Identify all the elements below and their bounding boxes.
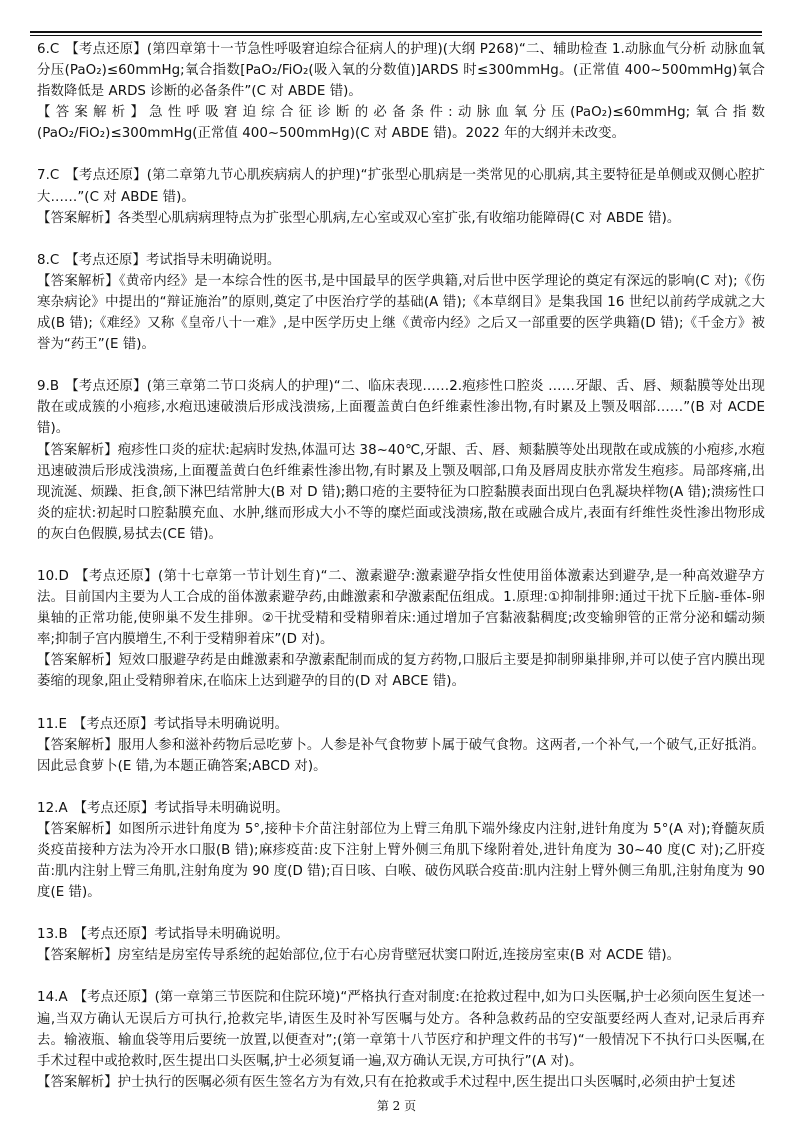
exam-point-text: 考试指导未明确说明。: [154, 927, 288, 942]
answer-analysis-text: 房室结是房室传导系统的起始部位,位于右心房背壁冠状窦口附近,连接房室束(B 对 …: [118, 948, 680, 963]
answer-analysis: 【答案解析】短效口服避孕药是由雌激素和孕激素配制而成的复方药物,口服后主要是抑制…: [37, 650, 765, 692]
exam-point-text: (第二章第九节心肌疾病病人的护理)“扩张型心肌病是一类常见的心肌病,其主要特征是…: [37, 168, 765, 204]
exam-point-text: (第三章第二节口炎病人的护理)“二、临床表现……2.疱疹性口腔炎 ……牙龈、舌、…: [37, 379, 765, 436]
answer-analysis: 【答案解析】服用人参和滋补药物后忌吃萝卜。人参是补气食物萝卜属于破气食物。这两者…: [37, 735, 765, 777]
answer-analysis-label: 【答案解析】: [37, 948, 118, 963]
answer-analysis: 【答案解析】如图所示进针角度为 5°,接种卡介苗注射部位为上臂三角肌下端外缘皮内…: [37, 819, 765, 903]
exam-point-text: 考试指导未明确说明。: [154, 801, 288, 816]
question-item-8: 8.C【考点还原】考试指导未明确说明。 【答案解析】《黄帝内经》是一本综合性的医…: [37, 250, 765, 355]
answer-analysis-text: 短效口服避孕药是由雌激素和孕激素配制而成的复方药物,口服后主要是抑制卵巢排卵,并…: [37, 653, 765, 689]
answer-analysis: 【答案解析】房室结是房室传导系统的起始部位,位于右心房背壁冠状窦口附近,连接房室…: [37, 945, 765, 966]
question-number: 13.B: [37, 927, 68, 942]
answer-analysis-label: 【答案解析】: [37, 738, 118, 753]
exam-point-label: 【考点还原】: [75, 569, 158, 584]
answer-analysis: 【答案解析】护士执行的医嘱必须有医生签名方为有效,只有在抢救或手术过程中,医生提…: [37, 1072, 765, 1093]
question-item-13: 13.B【考点还原】考试指导未明确说明。 【答案解析】房室结是房室传导系统的起始…: [37, 924, 765, 966]
answer-analysis-text: 疱疹性口炎的症状:起病时发热,体温可达 38~40℃,牙龈、舌、唇、颊黏膜等处出…: [37, 443, 765, 542]
exam-point-text: 考试指导未明确说明。: [146, 253, 280, 268]
question-number: 9.B: [37, 379, 59, 394]
answer-analysis-label: 【答案解析】: [37, 653, 118, 668]
document-body: 6.C【考点还原】(第四章第十一节急性呼吸窘迫综合征病人的护理)(大纲 P268…: [37, 39, 765, 1114]
exam-point: 8.C【考点还原】考试指导未明确说明。: [37, 250, 765, 271]
question-item-6: 6.C【考点还原】(第四章第十一节急性呼吸窘迫综合征病人的护理)(大纲 P268…: [37, 39, 765, 144]
answer-analysis: 【答案解析】急性呼吸窘迫综合征诊断的必备条件:动脉血氧分压(PaO₂)≤60mm…: [37, 102, 765, 144]
answer-analysis-text: 《黄帝内经》是一本综合性的医书,是中国最早的医学典籍,对后世中医学理论的奠定有深…: [37, 274, 765, 352]
answer-analysis-text: 服用人参和滋补药物后忌吃萝卜。人参是补气食物萝卜属于破气食物。这两者,一个补气,…: [37, 738, 765, 774]
exam-point-label: 【考点还原】: [73, 717, 154, 732]
exam-point-label: 【考点还原】: [74, 990, 155, 1005]
question-item-10: 10.D【考点还原】(第十七章第一节计划生育)“二、激素避孕:激素避孕指女性使用…: [37, 566, 765, 693]
answer-analysis-text: 各类型心肌病病理特点为扩张型心肌病,左心室或双心室扩张,有收缩功能障碍(C 对 …: [118, 211, 681, 226]
question-number: 8.C: [37, 253, 59, 268]
exam-point-label: 【考点还原】: [65, 42, 147, 57]
question-number: 10.D: [37, 569, 69, 584]
exam-point: 10.D【考点还原】(第十七章第一节计划生育)“二、激素避孕:激素避孕指女性使用…: [37, 566, 765, 650]
answer-analysis-text: 如图所示进针角度为 5°,接种卡介苗注射部位为上臂三角肌下端外缘皮内注射,进针角…: [37, 822, 765, 900]
exam-point-label: 【考点还原】: [74, 927, 155, 942]
exam-point-label: 【考点还原】: [65, 379, 147, 394]
exam-point: 7.C【考点还原】(第二章第九节心肌疾病病人的护理)“扩张型心肌病是一类常见的心…: [37, 165, 765, 207]
exam-point: 13.B【考点还原】考试指导未明确说明。: [37, 924, 765, 945]
exam-point: 9.B【考点还原】(第三章第二节口炎病人的护理)“二、临床表现……2.疱疹性口腔…: [37, 376, 765, 439]
exam-point-text: 考试指导未明确说明。: [154, 717, 288, 732]
page-number: 第 2 页: [0, 1097, 793, 1114]
answer-analysis-label: 【答案解析】: [37, 105, 149, 120]
question-number: 7.C: [37, 168, 59, 183]
answer-analysis-label: 【答案解析】: [37, 443, 118, 458]
exam-point: 12.A【考点还原】考试指导未明确说明。: [37, 798, 765, 819]
question-item-9: 9.B【考点还原】(第三章第二节口炎病人的护理)“二、临床表现……2.疱疹性口腔…: [37, 376, 765, 545]
question-number: 11.E: [37, 717, 67, 732]
question-number: 14.A: [37, 990, 68, 1005]
answer-analysis-label: 【答案解析】: [37, 822, 118, 837]
answer-analysis-text: 护士执行的医嘱必须有医生签名方为有效,只有在抢救或手术过程中,医生提出口头医嘱时…: [118, 1075, 736, 1090]
question-number: 12.A: [37, 801, 68, 816]
exam-point-label: 【考点还原】: [65, 253, 146, 268]
question-item-7: 7.C【考点还原】(第二章第九节心肌疾病病人的护理)“扩张型心肌病是一类常见的心…: [37, 165, 765, 228]
question-item-11: 11.E【考点还原】考试指导未明确说明。 【答案解析】服用人参和滋补药物后忌吃萝…: [37, 714, 765, 777]
exam-point-label: 【考点还原】: [74, 801, 155, 816]
question-item-12: 12.A【考点还原】考试指导未明确说明。 【答案解析】如图所示进针角度为 5°,…: [37, 798, 765, 903]
answer-analysis-label: 【答案解析】: [37, 274, 119, 289]
answer-analysis: 【答案解析】《黄帝内经》是一本综合性的医书,是中国最早的医学典籍,对后世中医学理…: [37, 271, 765, 355]
question-item-14: 14.A【考点还原】(第一章第三节医院和住院环境)“严格执行查对制度:在抢救过程…: [37, 987, 765, 1092]
question-number: 6.C: [37, 42, 59, 57]
header-double-rule: [30, 31, 762, 36]
answer-analysis: 【答案解析】各类型心肌病病理特点为扩张型心肌病,左心室或双心室扩张,有收缩功能障…: [37, 208, 765, 229]
exam-point-label: 【考点还原】: [65, 168, 146, 183]
answer-analysis-label: 【答案解析】: [37, 211, 118, 226]
exam-point-text: (第四章第十一节急性呼吸窘迫综合征病人的护理)(大纲 P268)“二、辅助检查 …: [37, 42, 765, 99]
answer-analysis-label: 【答案解析】: [37, 1075, 118, 1090]
exam-point: 11.E【考点还原】考试指导未明确说明。: [37, 714, 765, 735]
exam-point: 6.C【考点还原】(第四章第十一节急性呼吸窘迫综合征病人的护理)(大纲 P268…: [37, 39, 765, 102]
exam-point: 14.A【考点还原】(第一章第三节医院和住院环境)“严格执行查对制度:在抢救过程…: [37, 987, 765, 1071]
answer-analysis: 【答案解析】疱疹性口炎的症状:起病时发热,体温可达 38~40℃,牙龈、舌、唇、…: [37, 440, 765, 545]
